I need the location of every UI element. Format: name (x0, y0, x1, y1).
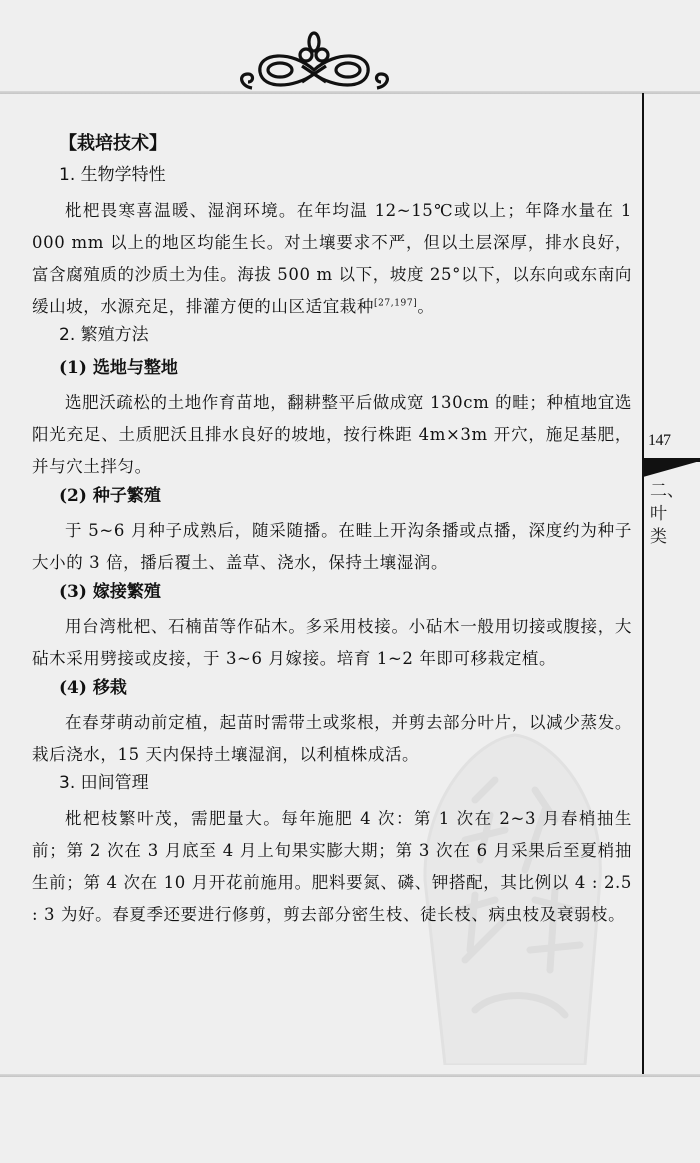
citation: [27,197] (374, 299, 417, 309)
paragraph-seed: 于 5~6 月种子成熟后，随采随播。在畦上开沟条播或点播，深度约为种子大小的 3… (32, 515, 632, 579)
footer-rule (0, 1074, 700, 1077)
header-rule (0, 91, 700, 94)
page-number: 147 (648, 432, 671, 450)
paragraph-site-prep: 选肥沃疏松的土地作育苗地，翻耕整平后做成宽 130cm 的畦；种植地宜选阳光充足… (32, 387, 632, 483)
paragraph-tail: 。 (417, 297, 434, 316)
heading-propagation: 2. 繁殖方法 (59, 323, 632, 349)
subheading-grafting: (3) 嫁接繁殖 (59, 579, 632, 605)
subheading-transplant: (4) 移栽 (59, 675, 632, 701)
paragraph-grafting: 用台湾枇杷、石楠苗等作砧木。多采用枝接。小砧木一般用切接或腹接，大砧木采用劈接或… (32, 611, 632, 675)
chapter-tab-label: 二、叶类 (650, 480, 672, 549)
knot-ornament-icon (232, 30, 397, 92)
chapter-tab-wedge-icon (643, 461, 700, 477)
paragraph-transplant: 在春芽萌动前定植，起苗时需带土或浆根，并剪去部分叶片，以减少蒸发。栽后浇水，15… (32, 707, 632, 771)
paragraph-biology: 枇杷畏寒喜温暖、湿润环境。在年均温 12~15℃或以上；年降水量在 1 000 … (32, 195, 632, 323)
paragraph-text: 枇杷畏寒喜温暖、湿润环境。在年均温 12~15℃或以上；年降水量在 1 000 … (32, 201, 632, 316)
section-title: 【栽培技术】 (59, 131, 632, 157)
subheading-seed: (2) 种子繁殖 (59, 483, 632, 509)
paragraph-field-management: 枇杷枝繁叶茂，需肥量大。每年施肥 4 次：第 1 次在 2~3 月春梢抽生前；第… (32, 803, 632, 931)
heading-biology: 1. 生物学特性 (59, 163, 632, 189)
subheading-site-prep: (1) 选地与整地 (59, 355, 632, 381)
document-body: 【栽培技术】 1. 生物学特性 枇杷畏寒喜温暖、湿润环境。在年均温 12~15℃… (32, 131, 632, 931)
heading-field-management: 3. 田间管理 (59, 771, 632, 797)
margin-rule (642, 93, 644, 1075)
